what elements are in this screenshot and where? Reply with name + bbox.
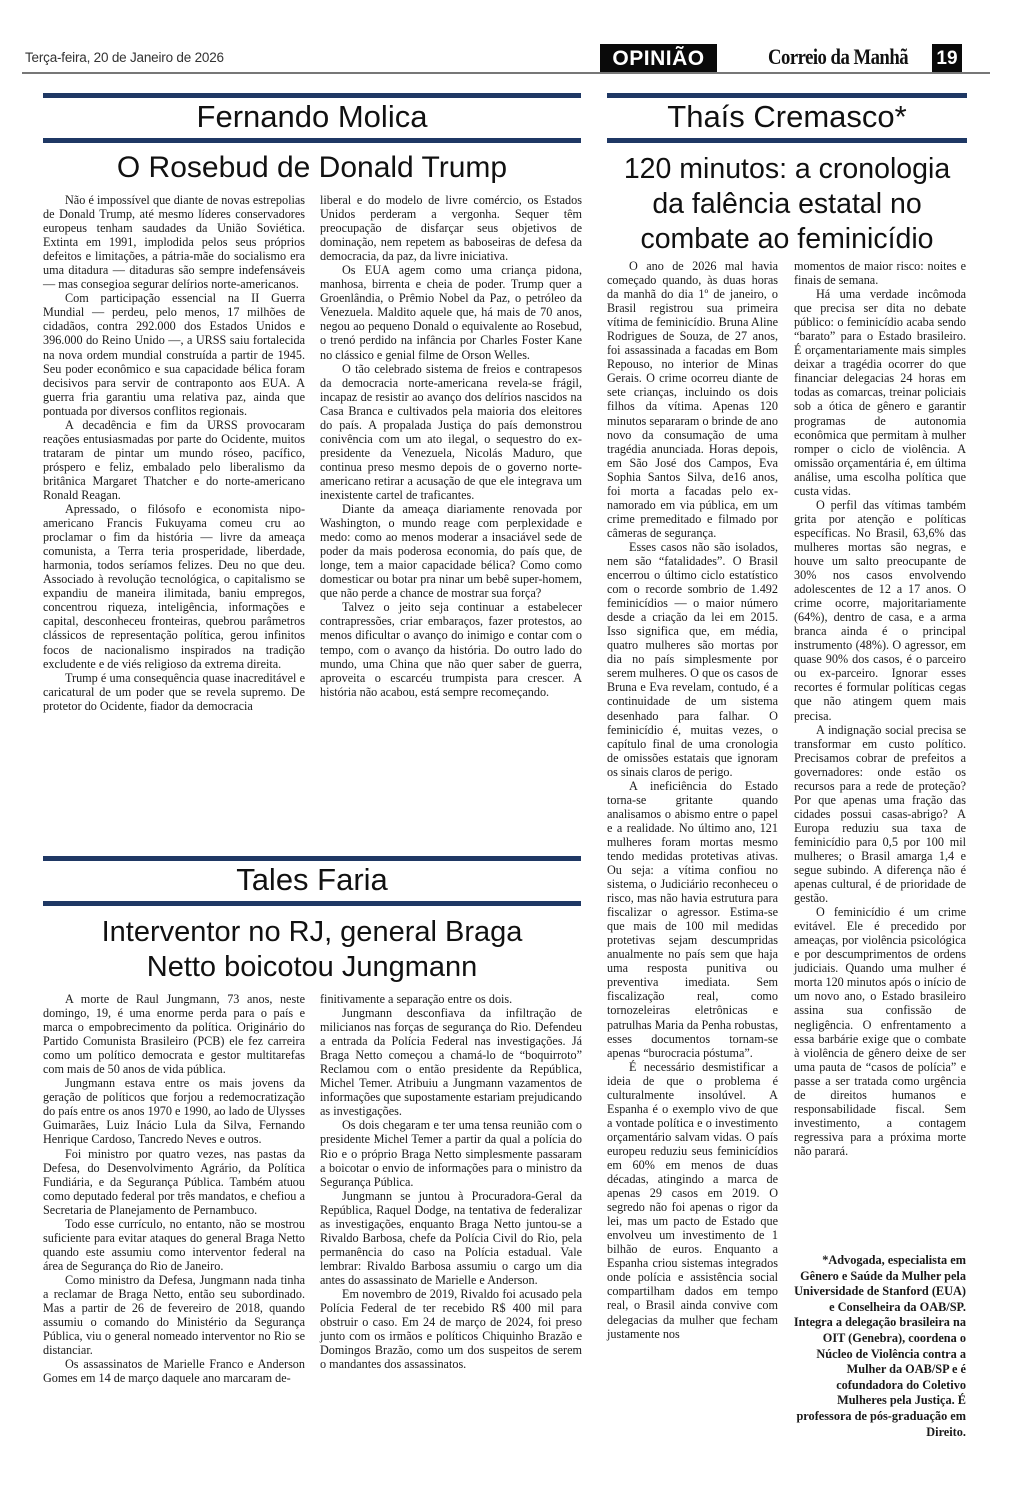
author-bar-top [607, 93, 967, 98]
paragraph: Apressado, o filósofo e economista nipo-… [43, 502, 305, 671]
paragraph: Não é impossível que diante de novas est… [43, 193, 305, 291]
paragraph: É necessário desmistificar a ideia de qu… [607, 1060, 778, 1341]
author-bio: *Advogada, especialista em Gênero e Saúd… [790, 1253, 966, 1440]
article-column-2: liberal e do modelo de livre comércio, o… [320, 193, 582, 699]
paragraph: Talvez o jeito seja continuar a estabele… [320, 600, 582, 698]
author-bar-bottom [43, 138, 581, 143]
paragraph: Jungmann estava entre os mais jovens da … [43, 1076, 305, 1146]
paragraph: Jungmann se juntou à Procuradora-Geral d… [320, 1189, 582, 1287]
author-bar-bottom [43, 901, 581, 906]
paragraph: A indignação social precisa se transform… [794, 723, 966, 906]
paragraph: momentos de maior risco: noites e finais… [794, 259, 966, 287]
columnist-name: Fernando Molica [43, 99, 581, 135]
article-headline: 120 minutos: a cronologia da falência es… [607, 152, 967, 257]
paragraph: Os assassinatos de Marielle Franco e And… [43, 1357, 305, 1385]
article-headline: Interventor no RJ, general Braga Netto b… [43, 915, 581, 985]
paragraph: Trump é uma consequência quase inacredit… [43, 671, 305, 713]
columnist-name: Tales Faria [43, 862, 581, 898]
paragraph: Diante da ameaça diariamente renovada po… [320, 502, 582, 600]
paragraph: finitivamente a separação entre os dois. [320, 992, 582, 1006]
article-column-2: finitivamente a separação entre os dois.… [320, 992, 582, 1371]
paragraph: Esses casos não são isolados, nem são “f… [607, 540, 778, 779]
paragraph: Os EUA agem como uma criança pidona, man… [320, 263, 582, 361]
paragraph: O ano de 2026 mal havia começado quando,… [607, 259, 778, 540]
paragraph: O perfil das vítimas também grita por at… [794, 498, 966, 723]
page-number: 19 [932, 44, 962, 73]
paragraph: Há uma verdade incômoda que precisa ser … [794, 287, 966, 498]
paragraph: Em novembro de 2019, Rivaldo foi acusado… [320, 1287, 582, 1371]
article-column-1: A morte de Raul Jungmann, 73 anos, neste… [43, 992, 305, 1385]
paragraph: Os dois chegaram e ter uma tensa reunião… [320, 1118, 582, 1188]
paragraph: liberal e do modelo de livre comércio, o… [320, 193, 582, 263]
section-label: OPINIÃO [600, 44, 717, 72]
paragraph: Jungmann desconfiava da infiltração de m… [320, 1006, 582, 1118]
paragraph: A decadência e fim da URSS provocaram re… [43, 418, 305, 502]
article-column-1: O ano de 2026 mal havia começado quando,… [607, 259, 778, 1341]
paragraph: Todo esse currículo, no entanto, não se … [43, 1217, 305, 1273]
paragraph: Foi ministro por quatro vezes, nas pasta… [43, 1147, 305, 1217]
header-divider [22, 72, 990, 74]
author-bar-top [43, 93, 581, 98]
author-bar-top [43, 856, 581, 861]
article-column-2: momentos de maior risco: noites e finais… [794, 259, 966, 1158]
issue-date: Terça-feira, 20 de Janeiro de 2026 [25, 50, 224, 65]
columnist-name: Thaís Cremasco* [607, 99, 967, 135]
article-headline: O Rosebud de Donald Trump [43, 150, 581, 185]
paragraph: A morte de Raul Jungmann, 73 anos, neste… [43, 992, 305, 1076]
paragraph: Como ministro da Defesa, Jungmann nada t… [43, 1273, 305, 1357]
paragraph: A ineficiência do Estado torna-se gritan… [607, 779, 778, 1060]
paragraph: O tão celebrado sistema de freios e cont… [320, 362, 582, 502]
article-column-1: Não é impossível que diante de novas est… [43, 193, 305, 713]
author-bar-bottom [607, 138, 967, 143]
paragraph: O feminicídio é um crime evitável. Ele é… [794, 905, 966, 1158]
newspaper-logo: Correio da Manhã [768, 44, 908, 70]
page-header: Terça-feira, 20 de Janeiro de 2026 OPINI… [0, 0, 1010, 80]
paragraph: Com participação essencial na II Guerra … [43, 291, 305, 417]
